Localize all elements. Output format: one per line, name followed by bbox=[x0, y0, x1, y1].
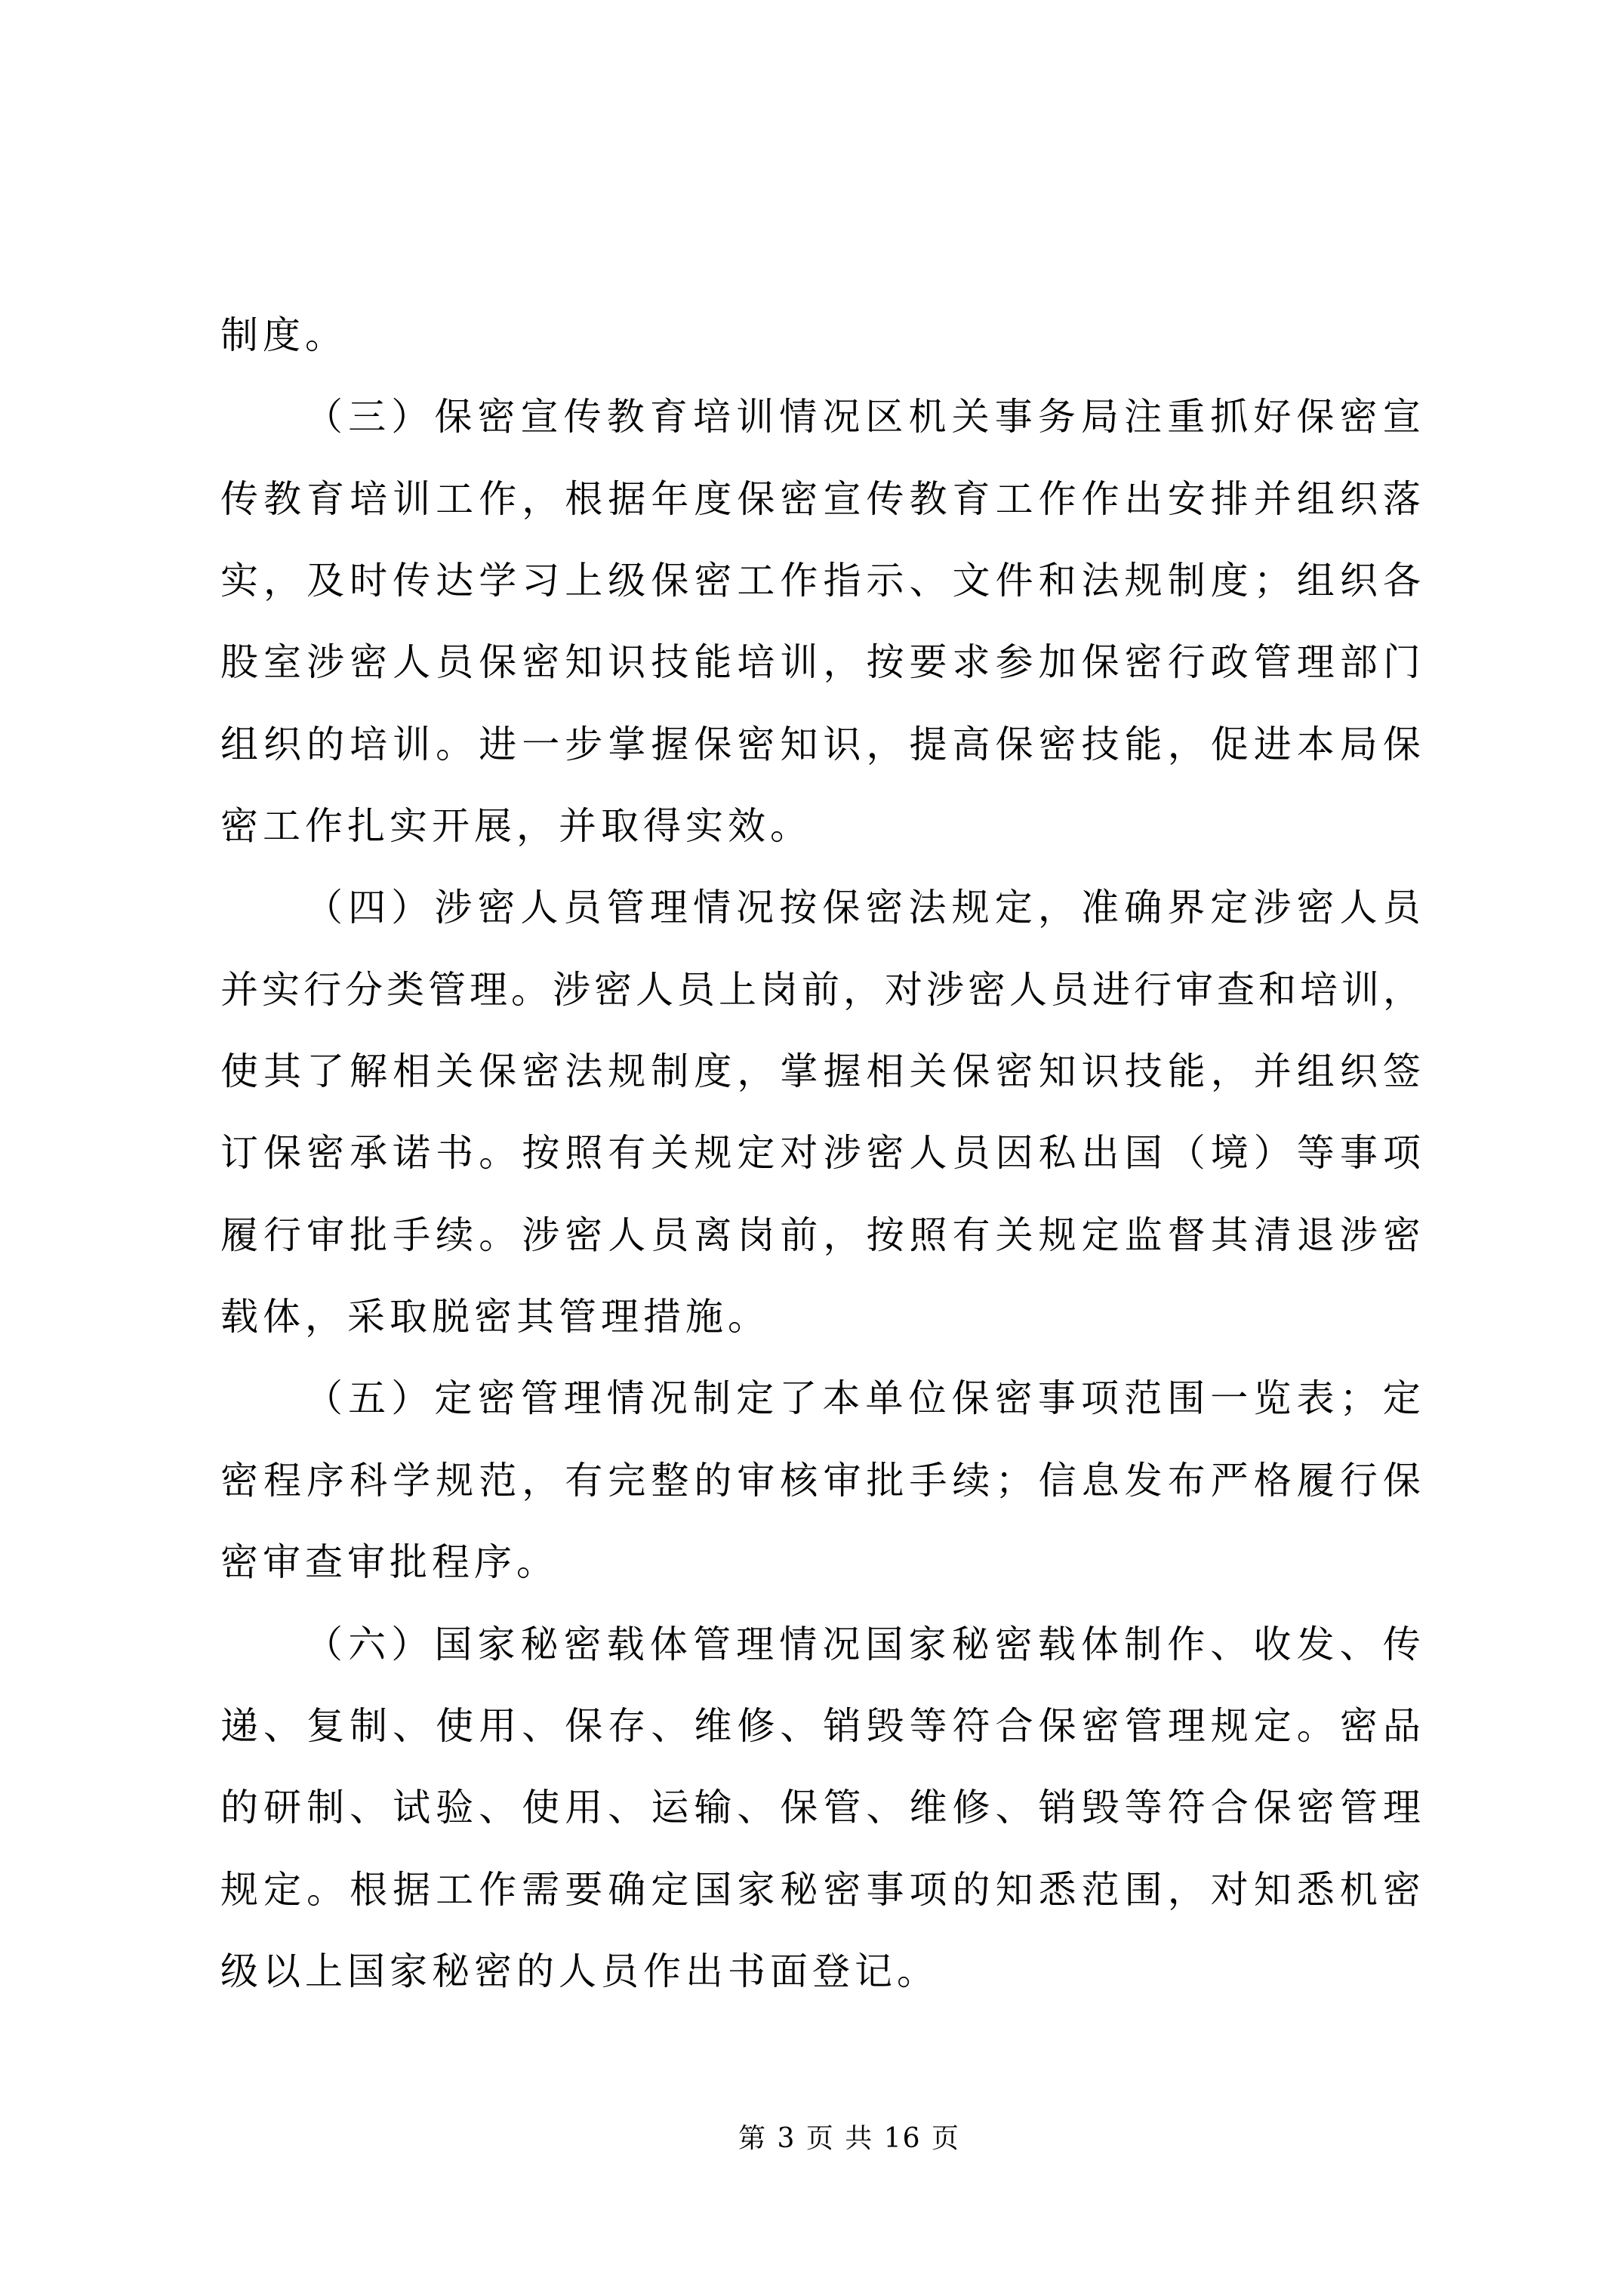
text-line: 使其了解相关保密法规制度，掌握相关保密知识技能，并组织签 bbox=[220, 1041, 1421, 1123]
paragraph-4-heading-line: （四）涉密人员管理情况按保密法规定，准确界定涉密人员 bbox=[220, 877, 1421, 959]
text-line: 实，及时传达学习上级保密工作指示、文件和法规制度；组织各 bbox=[220, 550, 1421, 632]
text-line: 组织的培训。进一步掌握保密知识，提高保密技能，促进本局保 bbox=[220, 714, 1421, 796]
document-page: 制度。 （三）保密宣传教育培训情况区机关事务局注重抓好保密宣 传教育培训工作，根… bbox=[0, 0, 1623, 2296]
text-line: 密审查审批程序。 bbox=[220, 1532, 1421, 1613]
text-line: 递、复制、使用、保存、维修、销毁等符合保密管理规定。密品 bbox=[220, 1696, 1421, 1777]
text-line: 密工作扎实开展，并取得实效。 bbox=[220, 796, 1421, 877]
paragraph-6-heading-line: （六）国家秘密载体管理情况国家秘密载体制作、收发、传 bbox=[220, 1614, 1421, 1696]
document-body: 制度。 （三）保密宣传教育培训情况区机关事务局注重抓好保密宣 传教育培训工作，根… bbox=[220, 305, 1421, 2023]
text-line: 传教育培训工作，根据年度保密宣传教育工作作出安排并组织落 bbox=[220, 469, 1421, 550]
text-line: 履行审批手续。涉密人员离岗前，按照有关规定监督其清退涉密 bbox=[220, 1205, 1421, 1287]
text-line: 订保密承诺书。按照有关规定对涉密人员因私出国（境）等事项 bbox=[220, 1123, 1421, 1204]
text-line: 股室涉密人员保密知识技能培训，按要求参加保密行政管理部门 bbox=[220, 632, 1421, 713]
text-line: 载体，采取脱密其管理措施。 bbox=[220, 1287, 1421, 1368]
text-line: 的研制、试验、使用、运输、保管、维修、销毁等符合保密管理 bbox=[220, 1777, 1421, 1859]
text-line: 制度。 bbox=[220, 305, 1421, 387]
paragraph-5-heading-line: （五）定密管理情况制定了本单位保密事项范围一览表；定 bbox=[220, 1368, 1421, 1450]
paragraph-3-heading-line: （三）保密宣传教育培训情况区机关事务局注重抓好保密宣 bbox=[220, 387, 1421, 468]
text-line: 并实行分类管理。涉密人员上岗前，对涉密人员进行审查和培训， bbox=[220, 960, 1421, 1041]
text-line: 密程序科学规范，有完整的审核审批手续；信息发布严格履行保 bbox=[220, 1450, 1421, 1532]
text-line: 级以上国家秘密的人员作出书面登记。 bbox=[220, 1941, 1421, 2023]
text-line: 规定。根据工作需要确定国家秘密事项的知悉范围，对知悉机密 bbox=[220, 1860, 1421, 1941]
page-number-footer: 第 3 页 共 16 页 bbox=[0, 2120, 1623, 2158]
